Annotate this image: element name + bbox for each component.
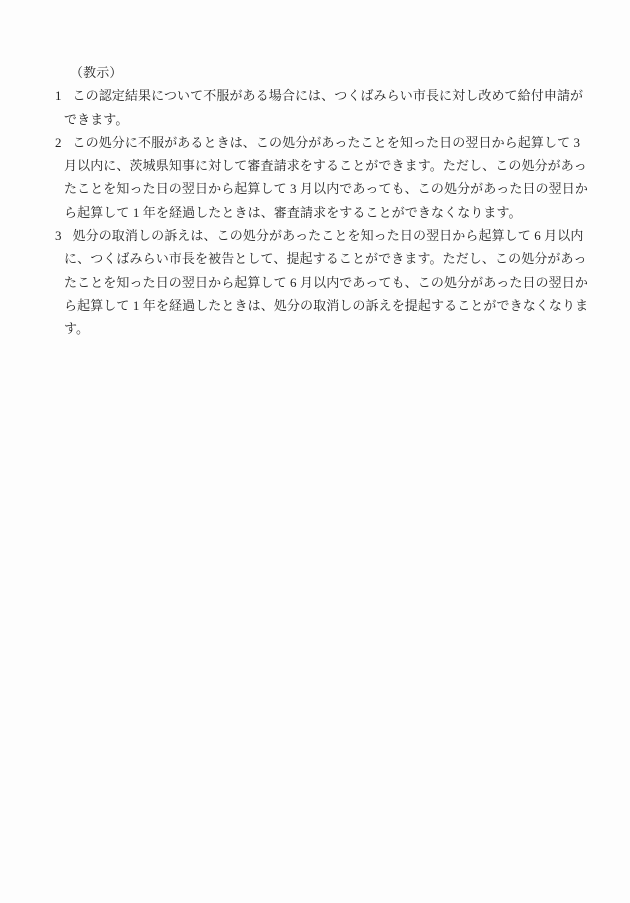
paragraph-3-line-2: に、つくばみらい市長を被告として、提起することができます。ただし、この処分があっ	[0, 247, 630, 270]
paragraph-3-line-5: す。	[0, 317, 630, 340]
paragraph-2-line-3: たことを知った日の翌日から起算して 3 月以内であっても、この処分があった日の翌…	[0, 177, 630, 200]
item-1-number: 1	[55, 84, 73, 107]
paragraph-1-line-2: できます。	[0, 108, 630, 131]
paragraph-1: 1この認定結果について不服がある場合には、つくばみらい市長に対し改めて給付申請が…	[0, 84, 630, 131]
paragraph-3-line-4: ら起算して 1 年を経過したときは、処分の取消しの訴えを提起することができなくな…	[0, 294, 630, 317]
paragraph-3-line-3: たことを知った日の翌日から起算して 6 月以内であっても、この処分があった日の翌…	[0, 271, 630, 294]
paragraph-3-line-1: 3処分の取消しの訴えは、この処分があったことを知った日の翌日から起算して 6 月…	[0, 224, 630, 247]
paragraph-3-text: 処分の取消しの訴えは、この処分があったことを知った日の翌日から起算して 6 月以…	[73, 228, 584, 243]
document-page: （教示） 1この認定結果について不服がある場合には、つくばみらい市長に対し改めて…	[0, 0, 630, 903]
paragraph-3: 3処分の取消しの訴えは、この処分があったことを知った日の翌日から起算して 6 月…	[0, 224, 630, 340]
paragraph-2-text: この処分に不服があるときは、この処分があったことを知った日の翌日から起算して 3	[73, 135, 581, 150]
paragraph-1-text: この認定結果について不服がある場合には、つくばみらい市長に対し改めて給付申請が	[73, 88, 584, 103]
paragraph-1-line-1: 1この認定結果について不服がある場合には、つくばみらい市長に対し改めて給付申請が	[0, 84, 630, 107]
item-2-number: 2	[55, 131, 73, 154]
paragraph-2-line-1: 2この処分に不服があるときは、この処分があったことを知った日の翌日から起算して …	[0, 131, 630, 154]
doc-heading: （教示）	[0, 61, 630, 84]
paragraph-2: 2この処分に不服があるときは、この処分があったことを知った日の翌日から起算して …	[0, 131, 630, 224]
notice-text-block: （教示） 1この認定結果について不服がある場合には、つくばみらい市長に対し改めて…	[0, 61, 630, 341]
paragraph-2-line-4: ら起算して 1 年を経過したときは、審査請求をすることができなくなります。	[0, 201, 630, 224]
paragraph-2-line-2: 月以内に、茨城県知事に対して審査請求をすることができます。ただし、この処分があっ	[0, 154, 630, 177]
item-3-number: 3	[55, 224, 73, 247]
